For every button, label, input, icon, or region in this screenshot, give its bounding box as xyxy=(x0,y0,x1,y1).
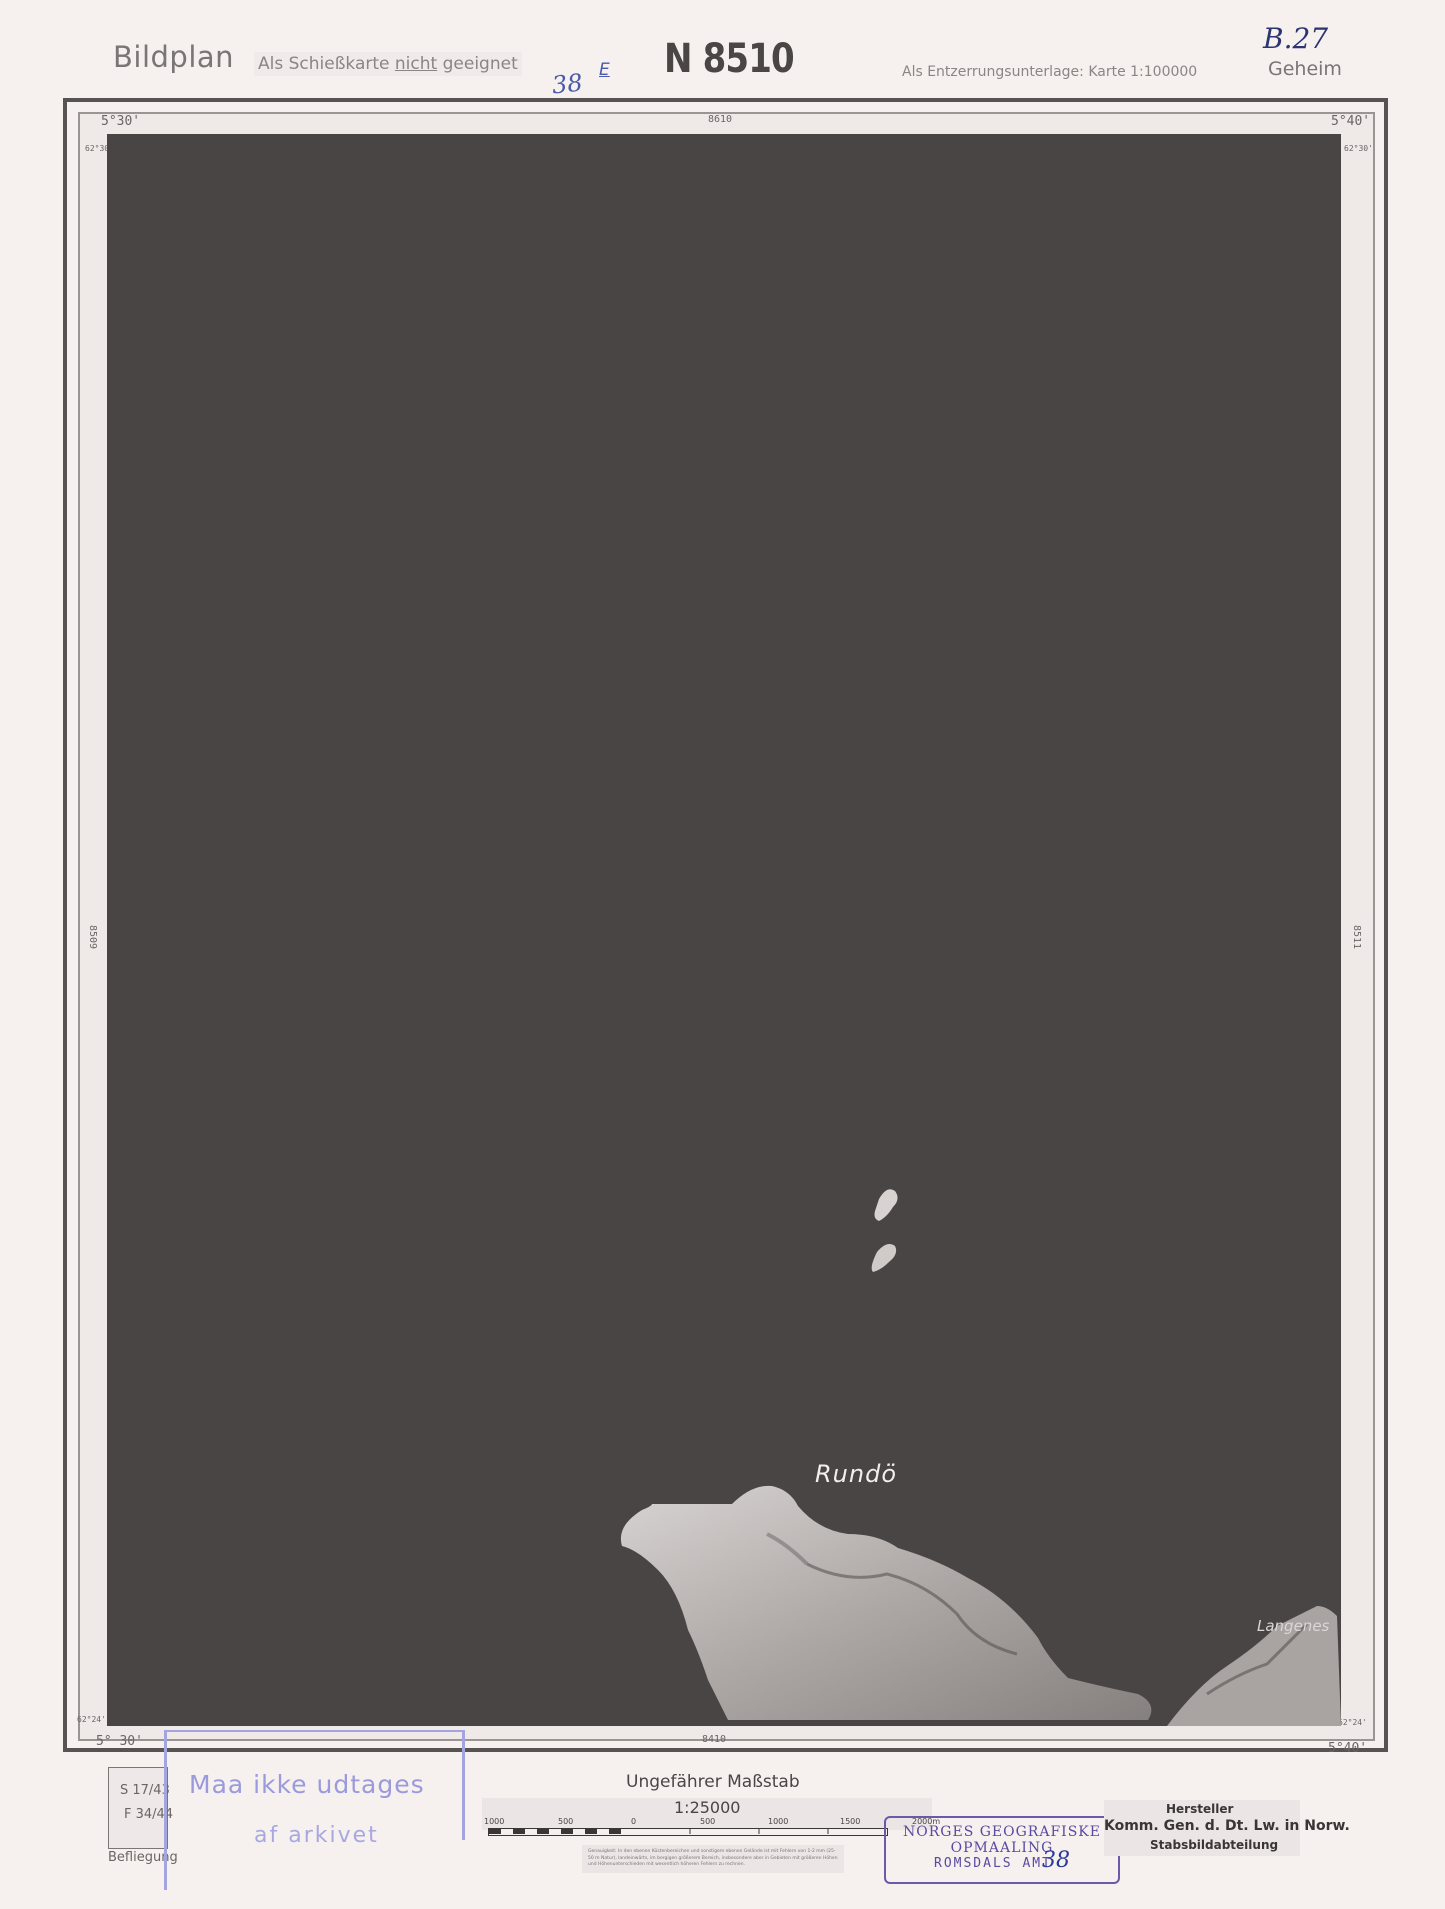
corner-lon-top-right: 5°40' xyxy=(1331,114,1370,129)
map-type-title: Bildplan xyxy=(113,40,234,74)
maker-label: Hersteller xyxy=(1166,1802,1233,1816)
warning-emphasis: nicht xyxy=(395,54,437,74)
scale-tick: 1500 xyxy=(840,1817,860,1826)
flight-code-s: S 17/43 xyxy=(120,1783,170,1798)
survey-stamp-number: 38 xyxy=(1042,1848,1070,1873)
archive-stamp-line1: Maa ikke udtages xyxy=(189,1770,425,1799)
corner-lat-top-right: 62°30' xyxy=(1344,144,1373,153)
islet-south xyxy=(872,1244,896,1272)
survey-stamp-line2: ROMSDALS AMT xyxy=(934,1856,1052,1871)
sheet-number: N 8510 xyxy=(664,36,794,82)
corner-lon-bottom-right: 5°40' xyxy=(1328,1741,1367,1756)
scale-ratio: 1:25000 xyxy=(674,1798,740,1817)
maker-dept: Stabsbildabteilung xyxy=(1150,1838,1278,1852)
adjacent-sheet-south: 8410 xyxy=(702,1734,726,1745)
corner-lat-bottom-left: 62°24' xyxy=(77,1715,106,1724)
warning-suffix: geeignet xyxy=(437,54,518,74)
adjacent-sheet-east: 8511 xyxy=(1351,925,1362,949)
handwritten-archive-number: 38 xyxy=(551,68,584,99)
handwritten-archive-suffix: E xyxy=(599,60,610,80)
classification-label: Geheim xyxy=(1268,58,1342,80)
rectification-note: Als Entzerrungsunterlage: Karte 1:100000 xyxy=(902,64,1197,80)
scale-tick: 0 xyxy=(631,1817,636,1826)
scale-bar xyxy=(488,1828,888,1836)
flight-label: Befliegung xyxy=(108,1850,178,1865)
archive-stamp-border-right xyxy=(462,1730,465,1840)
aerial-photo-map[interactable] xyxy=(107,134,1341,1726)
corner-lon-bottom-left: 5° 30' xyxy=(96,1734,143,1749)
scale-tick: 1000 xyxy=(484,1817,504,1826)
rundo-island xyxy=(621,1486,1151,1720)
archive-stamp-line2: af arkivet xyxy=(254,1823,379,1848)
corner-lon-top-left: 5°30' xyxy=(101,114,140,129)
archive-stamp-border-left xyxy=(164,1730,167,1890)
islet-north xyxy=(875,1189,898,1221)
handwritten-reference: B.27 xyxy=(1263,22,1328,55)
terrain-overlay xyxy=(107,134,1341,1726)
scale-tick: 500 xyxy=(558,1817,573,1826)
archive-stamp-border-top xyxy=(164,1730,464,1732)
scale-tick: 1000 xyxy=(768,1817,788,1826)
place-label-rundo: Rundö xyxy=(815,1460,897,1488)
accuracy-note: Genauigkeit: In den ebenen Küstenbereich… xyxy=(582,1845,844,1873)
maker-org: Komm. Gen. d. Dt. Lw. in Norw. xyxy=(1104,1818,1350,1834)
scale-tick: 500 xyxy=(700,1817,715,1826)
place-label-langenes: Langenes xyxy=(1257,1617,1329,1635)
scale-title: Ungefährer Maßstab xyxy=(626,1772,800,1792)
warning-prefix: Als Schießkarte xyxy=(258,54,395,74)
adjacent-sheet-north: 8610 xyxy=(708,114,732,125)
survey-stamp-line1: NORGES GEOGRAFISKE OPMAALING xyxy=(886,1824,1118,1856)
usage-warning: Als Schießkarte nicht geeignet xyxy=(254,52,522,76)
corner-lat-bottom-right: 62°24' xyxy=(1338,1718,1367,1727)
adjacent-sheet-west: 8509 xyxy=(87,925,98,949)
survey-stamp: NORGES GEOGRAFISKE OPMAALING ROMSDALS AM… xyxy=(884,1816,1120,1884)
